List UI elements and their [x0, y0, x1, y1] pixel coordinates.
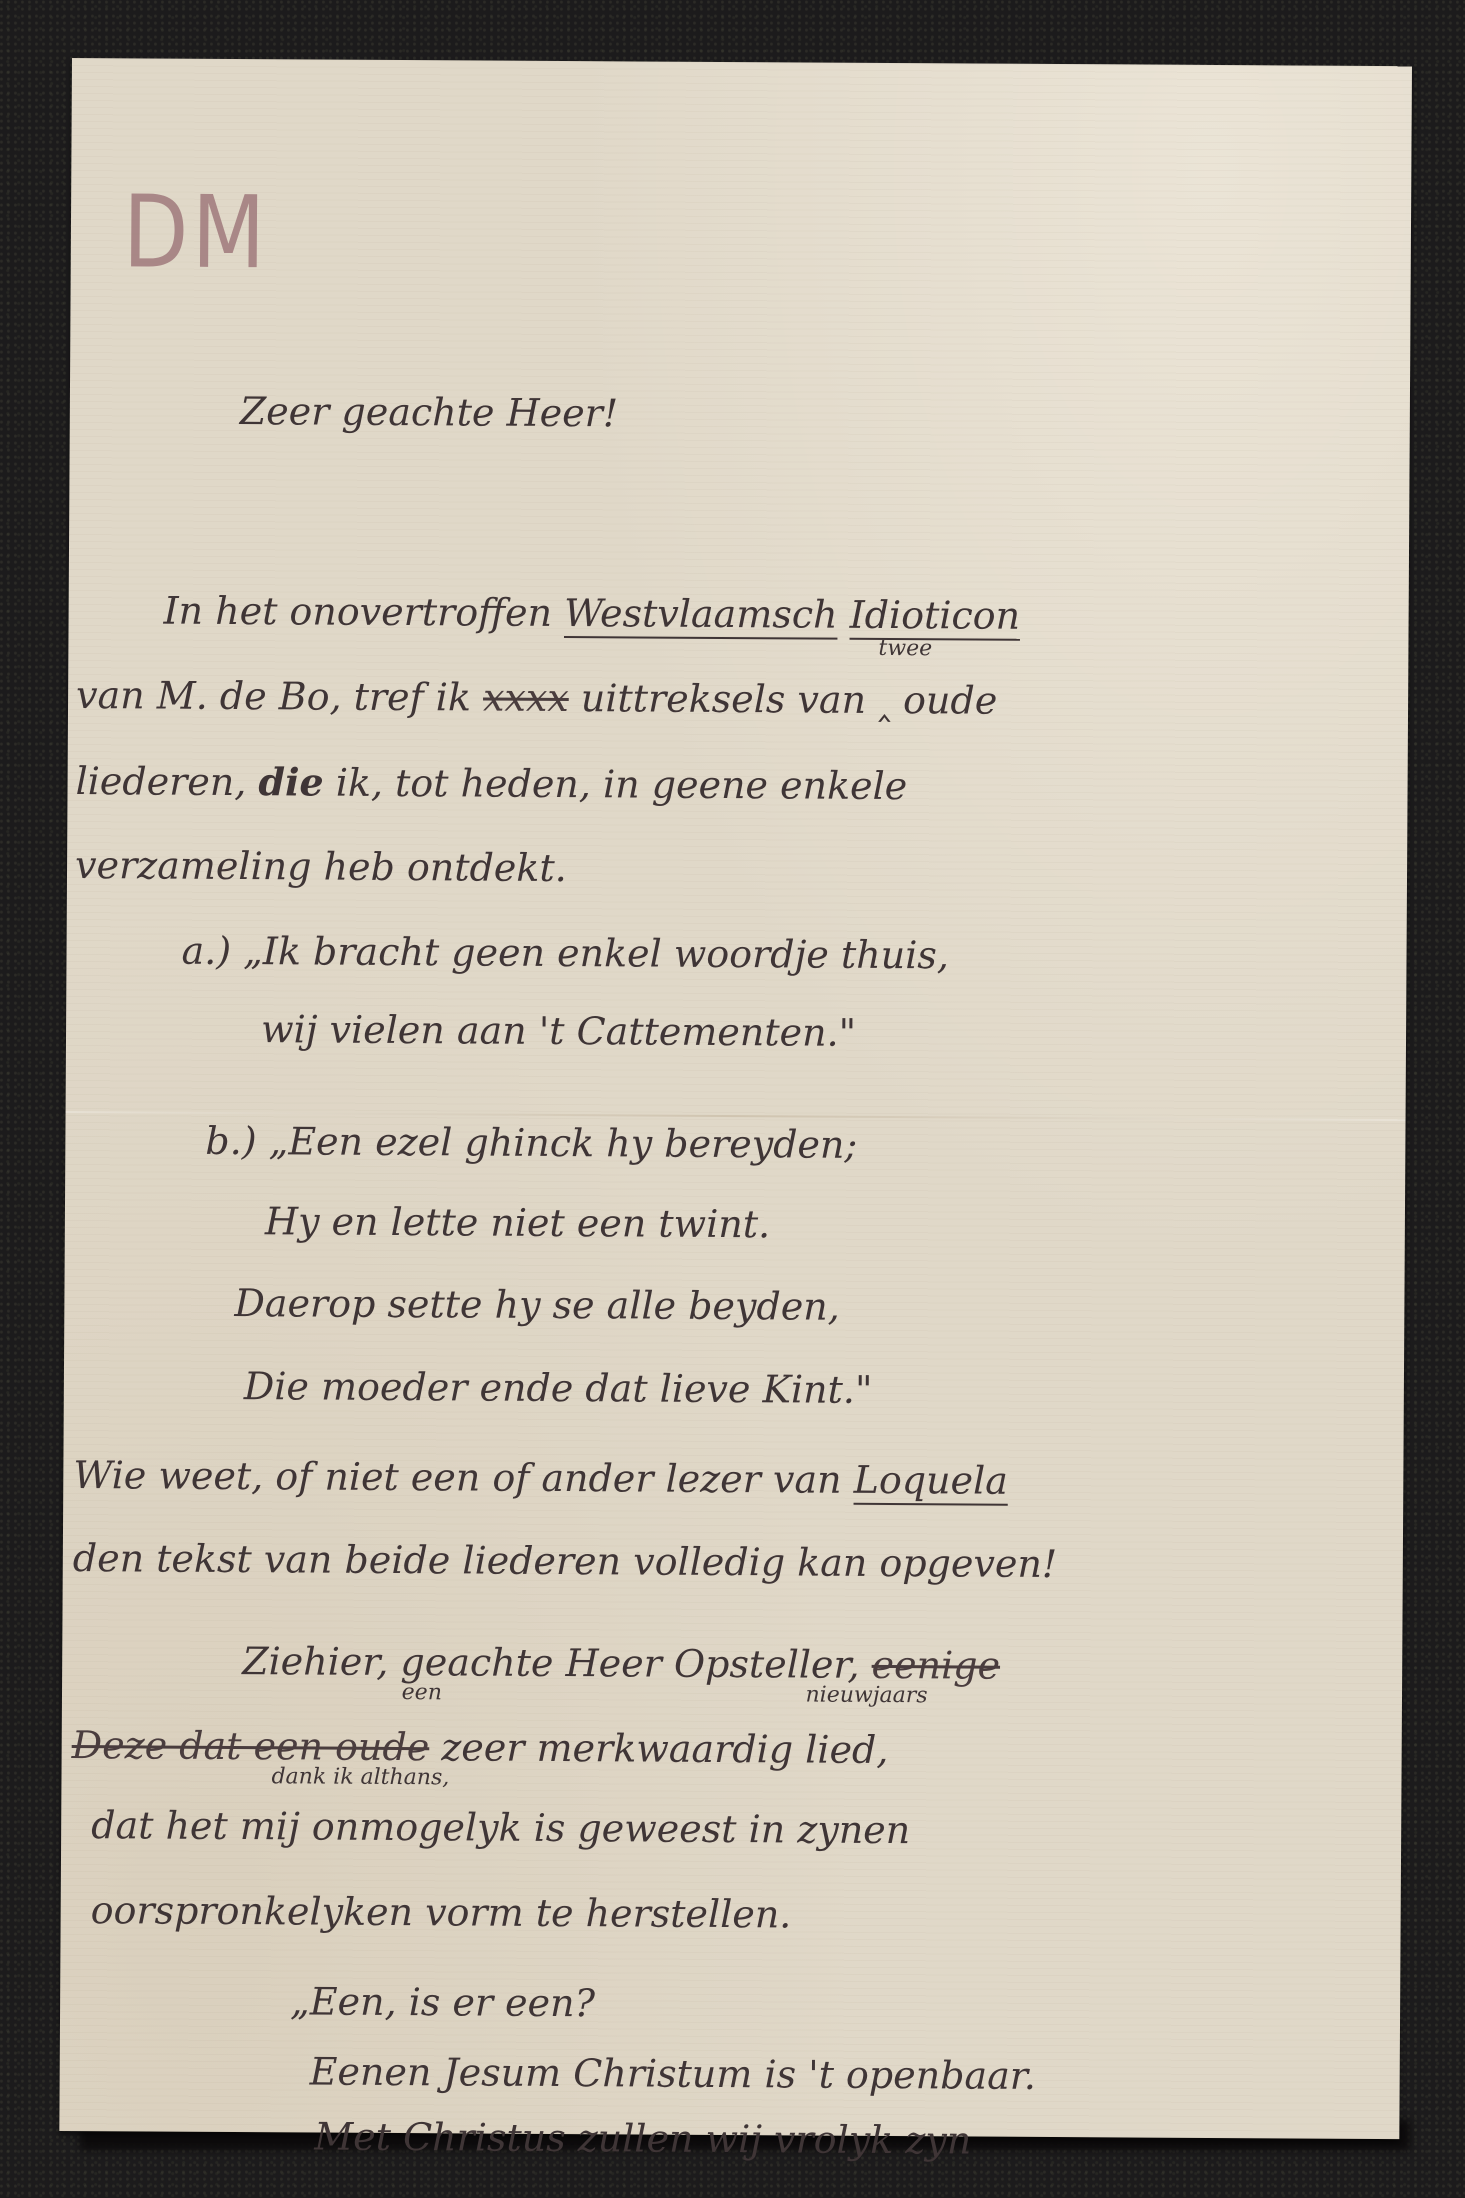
- closing-line-2: Deze dat een oude een zeer merkwaardig n…: [72, 1723, 889, 1772]
- closing-line-1: Ziehier, geachte Heer Opsteller, eenige: [242, 1639, 1000, 1688]
- song-c-line-1: „Een, is er een?: [290, 1979, 595, 2025]
- struck-phrase: Deze dat een oude: [72, 1723, 430, 1769]
- closing-line-3: dank ik althans, dat het mij onmogelyk i…: [91, 1803, 910, 1852]
- question-line-2: den tekst van beide liederen volledig ka…: [73, 1536, 1058, 1586]
- paragraph-line-2: van M. de Bo, tref ik xxxx uittreksels v…: [76, 673, 997, 723]
- song-c-line-3: Met Christus zullen wij vrolyk zyn: [314, 2115, 971, 2163]
- insertion-dank-ik-althans: dank ik althans,: [271, 1764, 449, 1790]
- letter-page: DM Zeer geachte Heer! In het onovertroff…: [59, 58, 1412, 2139]
- song-b-line-2: Hy en lette niet een twint.: [265, 1199, 771, 1246]
- paragraph-line-3: liederen, die ik, tot heden, in geene en…: [75, 758, 907, 808]
- song-c-line-2: Eenen Jesum Christum is 't openbaar.: [310, 2049, 1036, 2097]
- song-b-line-1: b.) „Een ezel ghinck hy bereyden;: [205, 1119, 857, 1167]
- insertion-twee: twee: [878, 636, 932, 661]
- song-a-line-2: wij vielen aan 't Cattementen.": [261, 1007, 856, 1055]
- closing-line-4: oorspronkelyken vorm te herstellen.: [91, 1888, 792, 1936]
- paragraph-line-4: verzameling heb ontdekt.: [75, 843, 567, 890]
- title-westvlaamsch: Westvlaamsch: [564, 591, 838, 637]
- struck-word: xxxx: [483, 676, 569, 721]
- salutation: Zeer geachte Heer!: [240, 389, 619, 435]
- archive-stamp: DM: [123, 173, 269, 291]
- question-line-1: Wie weet, of niet een of ander lezer van…: [73, 1453, 1008, 1503]
- insertion-nieuwjaars: nieuwjaars: [805, 1683, 927, 1709]
- song-b-line-3: Daerop sette hy se alle beyden,: [234, 1281, 840, 1329]
- title-loquela: Loquela: [854, 1458, 1008, 1503]
- song-a-line-1: a.) „Ik bracht geen enkel woordje thuis,: [181, 929, 949, 978]
- insertion-een: een: [402, 1680, 442, 1705]
- title-idioticon: Idioticon: [850, 593, 1021, 638]
- overwritten-word: die: [258, 759, 323, 804]
- song-b-line-4: Die moeder ende dat lieve Kint.": [244, 1364, 873, 1412]
- paragraph-line-1: In het onovertroffen Westvlaamsch Idioti…: [163, 589, 1020, 638]
